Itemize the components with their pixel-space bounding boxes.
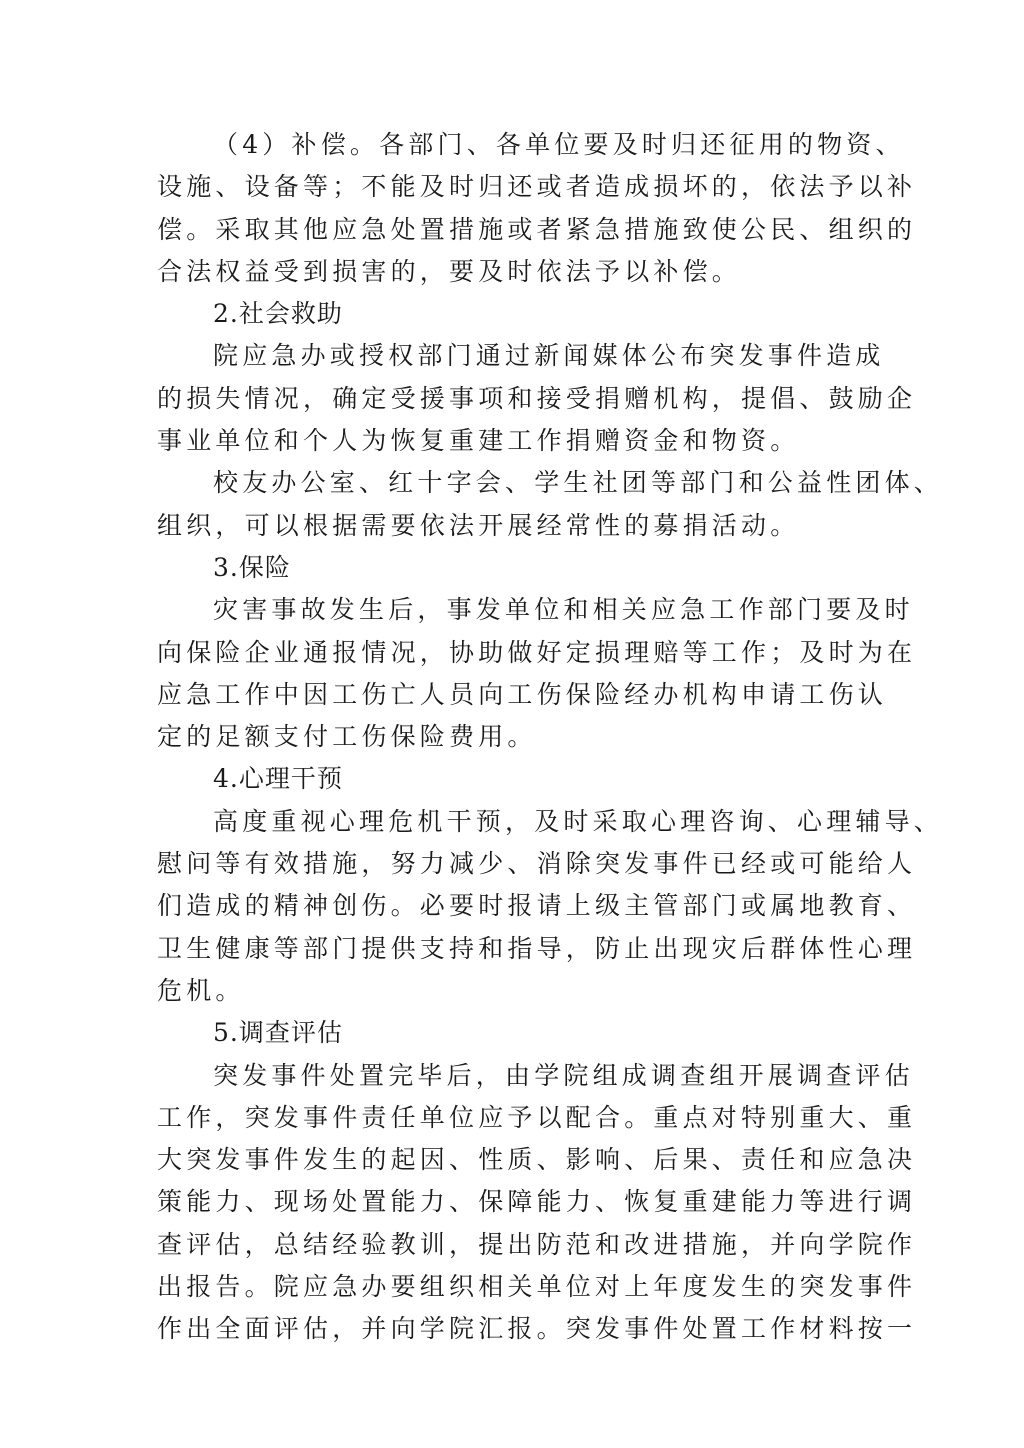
- text-line: 突发事件处置完毕后，由学院组成调查组开展调查评估: [157, 1055, 869, 1097]
- paragraph-insurance: 灾害事故发生后，事发单位和相关应急工作部门要及时 向保险企业通报情况，协助做好定…: [157, 589, 869, 758]
- section-heading-psychological-intervention: 4.心理干预: [157, 758, 869, 800]
- paragraph-social-assistance-2: 校友办公室、红十字会、学生社团等部门和公益性团体、 组织，可以根据需要依法开展经…: [157, 462, 869, 547]
- text-line: 院应急办或授权部门通过新闻媒体公布突发事件造成: [157, 335, 869, 377]
- document-page: （4）补偿。各部门、各单位要及时归还征用的物资、 设施、设备等；不能及时归还或者…: [157, 124, 869, 1351]
- paragraph-compensation: （4）补偿。各部门、各单位要及时归还征用的物资、 设施、设备等；不能及时归还或者…: [157, 124, 869, 293]
- section-heading-insurance: 3.保险: [157, 547, 869, 589]
- text-line: 校友办公室、红十字会、学生社团等部门和公益性团体、: [157, 462, 869, 504]
- text-line: 合法权益受到损害的，要及时依法予以补偿。: [157, 251, 869, 293]
- paragraph-social-assistance-1: 院应急办或授权部门通过新闻媒体公布突发事件造成 的损失情况，确定受援事项和接受捐…: [157, 335, 869, 462]
- text-line: 定的足额支付工伤保险费用。: [157, 716, 869, 758]
- text-line: 作出全面评估，并向学院汇报。突发事件处置工作材料按一: [157, 1308, 869, 1350]
- text-line: 灾害事故发生后，事发单位和相关应急工作部门要及时: [157, 589, 869, 631]
- text-line: 的损失情况，确定受援事项和接受捐赠机构，提倡、鼓励企: [157, 378, 869, 420]
- text-line: 查评估，总结经验教训，提出防范和改进措施，并向学院作: [157, 1224, 869, 1266]
- text-line: 应急工作中因工伤亡人员向工伤保险经办机构申请工伤认: [157, 674, 869, 716]
- section-heading-social-assistance: 2.社会救助: [157, 293, 869, 335]
- paragraph-psychological-intervention: 高度重视心理危机干预，及时采取心理咨询、心理辅导、 慰问等有效措施，努力减少、消…: [157, 801, 869, 1012]
- text-line: 危机。: [157, 970, 869, 1012]
- text-line: 事业单位和个人为恢复重建工作捐赠资金和物资。: [157, 420, 869, 462]
- text-line: 组织，可以根据需要依法开展经常性的募捐活动。: [157, 505, 869, 547]
- text-line: 工作，突发事件责任单位应予以配合。重点对特别重大、重: [157, 1097, 869, 1139]
- text-line: 们造成的精神创伤。必要时报请上级主管部门或属地教育、: [157, 885, 869, 927]
- text-line: 高度重视心理危机干预，及时采取心理咨询、心理辅导、: [157, 801, 869, 843]
- text-line: 卫生健康等部门提供支持和指导，防止出现灾后群体性心理: [157, 928, 869, 970]
- text-line: 慰问等有效措施，努力减少、消除突发事件已经或可能给人: [157, 843, 869, 885]
- section-heading-investigation-assessment: 5.调查评估: [157, 1012, 869, 1054]
- text-line: （4）补偿。各部门、各单位要及时归还征用的物资、: [157, 124, 869, 166]
- text-line: 偿。采取其他应急处置措施或者紧急措施致使公民、组织的: [157, 209, 869, 251]
- text-line: 设施、设备等；不能及时归还或者造成损坏的，依法予以补: [157, 166, 869, 208]
- text-line: 大突发事件发生的起因、性质、影响、后果、责任和应急决: [157, 1139, 869, 1181]
- text-line: 出报告。院应急办要组织相关单位对上年度发生的突发事件: [157, 1266, 869, 1308]
- paragraph-investigation-assessment: 突发事件处置完毕后，由学院组成调查组开展调查评估 工作，突发事件责任单位应予以配…: [157, 1055, 869, 1351]
- text-line: 向保险企业通报情况，协助做好定损理赔等工作；及时为在: [157, 632, 869, 674]
- text-line: 策能力、现场处置能力、保障能力、恢复重建能力等进行调: [157, 1181, 869, 1223]
